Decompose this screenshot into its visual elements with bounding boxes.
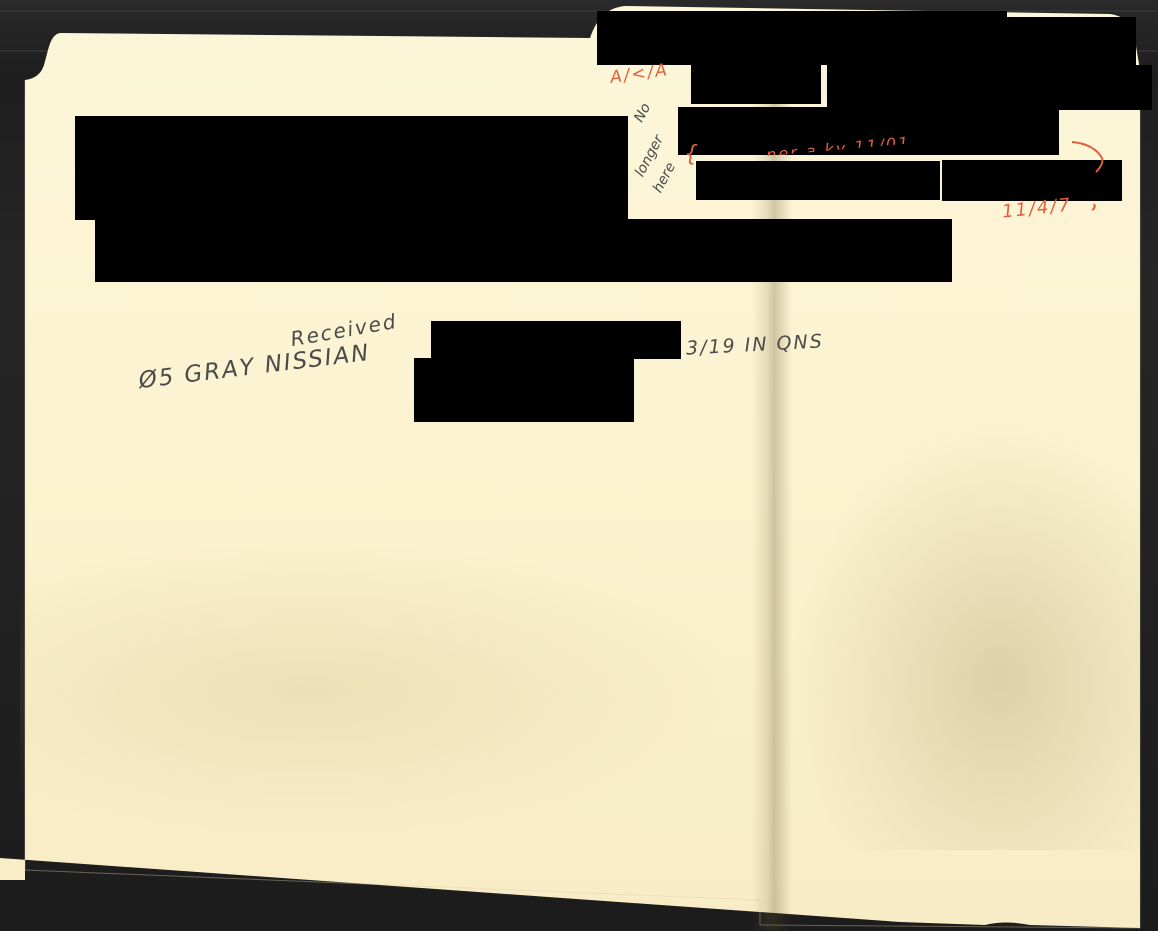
- redaction-header-block-upper: [75, 116, 628, 220]
- red-ink-bracket-open: {: [684, 142, 700, 167]
- redaction-tab-label-top: [1006, 17, 1136, 65]
- redaction-tab-label-top: [597, 11, 1007, 65]
- redaction-header-block-lower: [95, 219, 952, 282]
- red-ink-bracket-close: [1070, 138, 1110, 218]
- redaction-tab-label-fourth-line-left: [696, 161, 940, 200]
- redaction-tab-label-third-line: [678, 107, 1059, 155]
- redaction-body-note-name: [431, 321, 681, 359]
- redaction-body-note-address: [414, 358, 634, 422]
- redaction-tab-label-second-line-left: [691, 65, 821, 104]
- redaction-tab-label-second-line-right: [827, 65, 1152, 110]
